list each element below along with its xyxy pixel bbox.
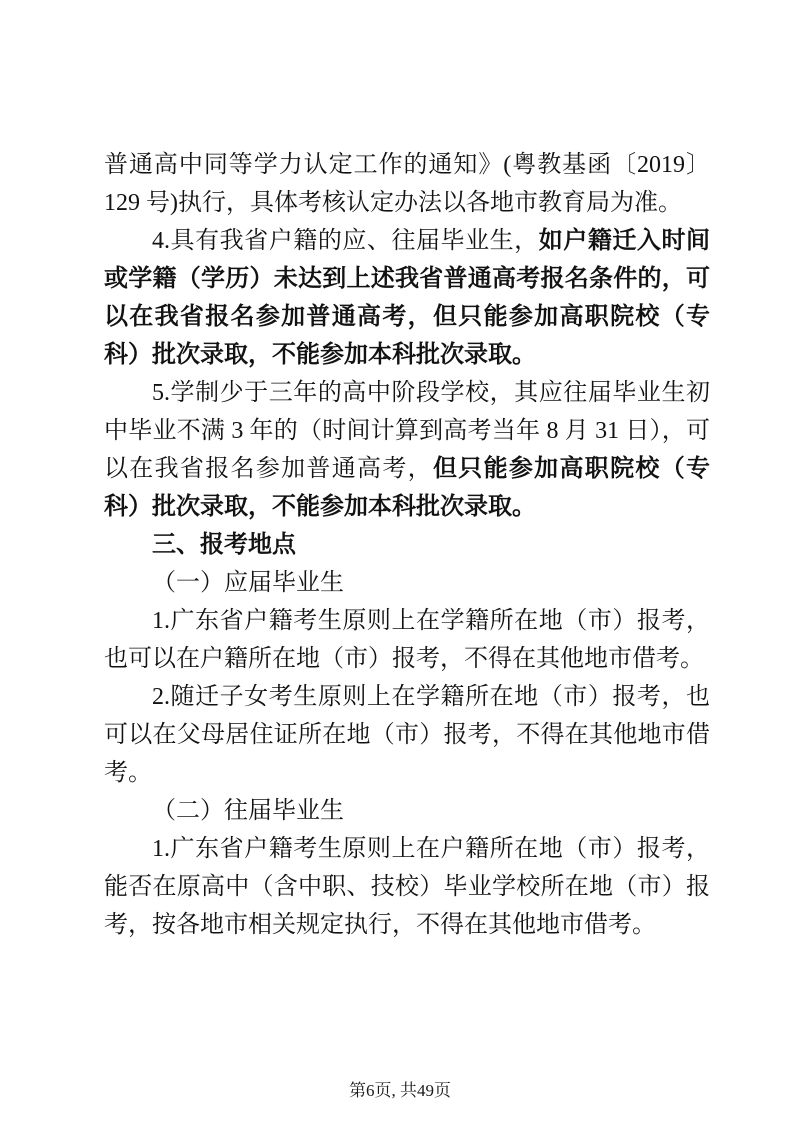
item-4-normal-text: 4.具有我省户籍的应、往届毕业生，: [152, 228, 539, 254]
subsection-heading-1: （一）应届毕业生: [104, 564, 710, 602]
paragraph-sub1-item-1: 1.广东省户籍考生原则上在学籍所在地（市）报考，也可以在户籍所在地（市）报考，不…: [104, 602, 710, 678]
paragraph-item-5: 5.学制少于三年的高中阶段学校，其应往届毕业生初中毕业不满 3 年的（时间计算到…: [104, 374, 710, 526]
document-body: 普通高中同等学力认定工作的通知》(粤教基函〔2019〕129 号)执行，具体考核…: [104, 146, 710, 944]
paragraph-item-4: 4.具有我省户籍的应、往届毕业生，如户籍迁入时间或学籍（学历）未达到上述我省普通…: [104, 222, 710, 374]
section-heading-3: 三、报考地点: [104, 526, 710, 564]
paragraph-sub1-item-2: 2.随迁子女考生原则上在学籍所在地（市）报考，也可以在父母居住证所在地（市）报考…: [104, 678, 710, 792]
subsection-heading-2: （二）往届毕业生: [104, 792, 710, 830]
document-page: 普通高中同等学力认定工作的通知》(粤教基函〔2019〕129 号)执行，具体考核…: [0, 0, 800, 1131]
paragraph-continuation: 普通高中同等学力认定工作的通知》(粤教基函〔2019〕129 号)执行，具体考核…: [104, 146, 710, 222]
paragraph-continuation-text: 普通高中同等学力认定工作的通知》(粤教基函〔2019〕129 号)执行，具体考核…: [104, 152, 710, 216]
paragraph-sub2-item-1: 1.广东省户籍考生原则上在户籍所在地（市）报考，能否在原高中（含中职、技校）毕业…: [104, 830, 710, 944]
page-number-footer: 第6页, 共49页: [0, 1080, 800, 1102]
